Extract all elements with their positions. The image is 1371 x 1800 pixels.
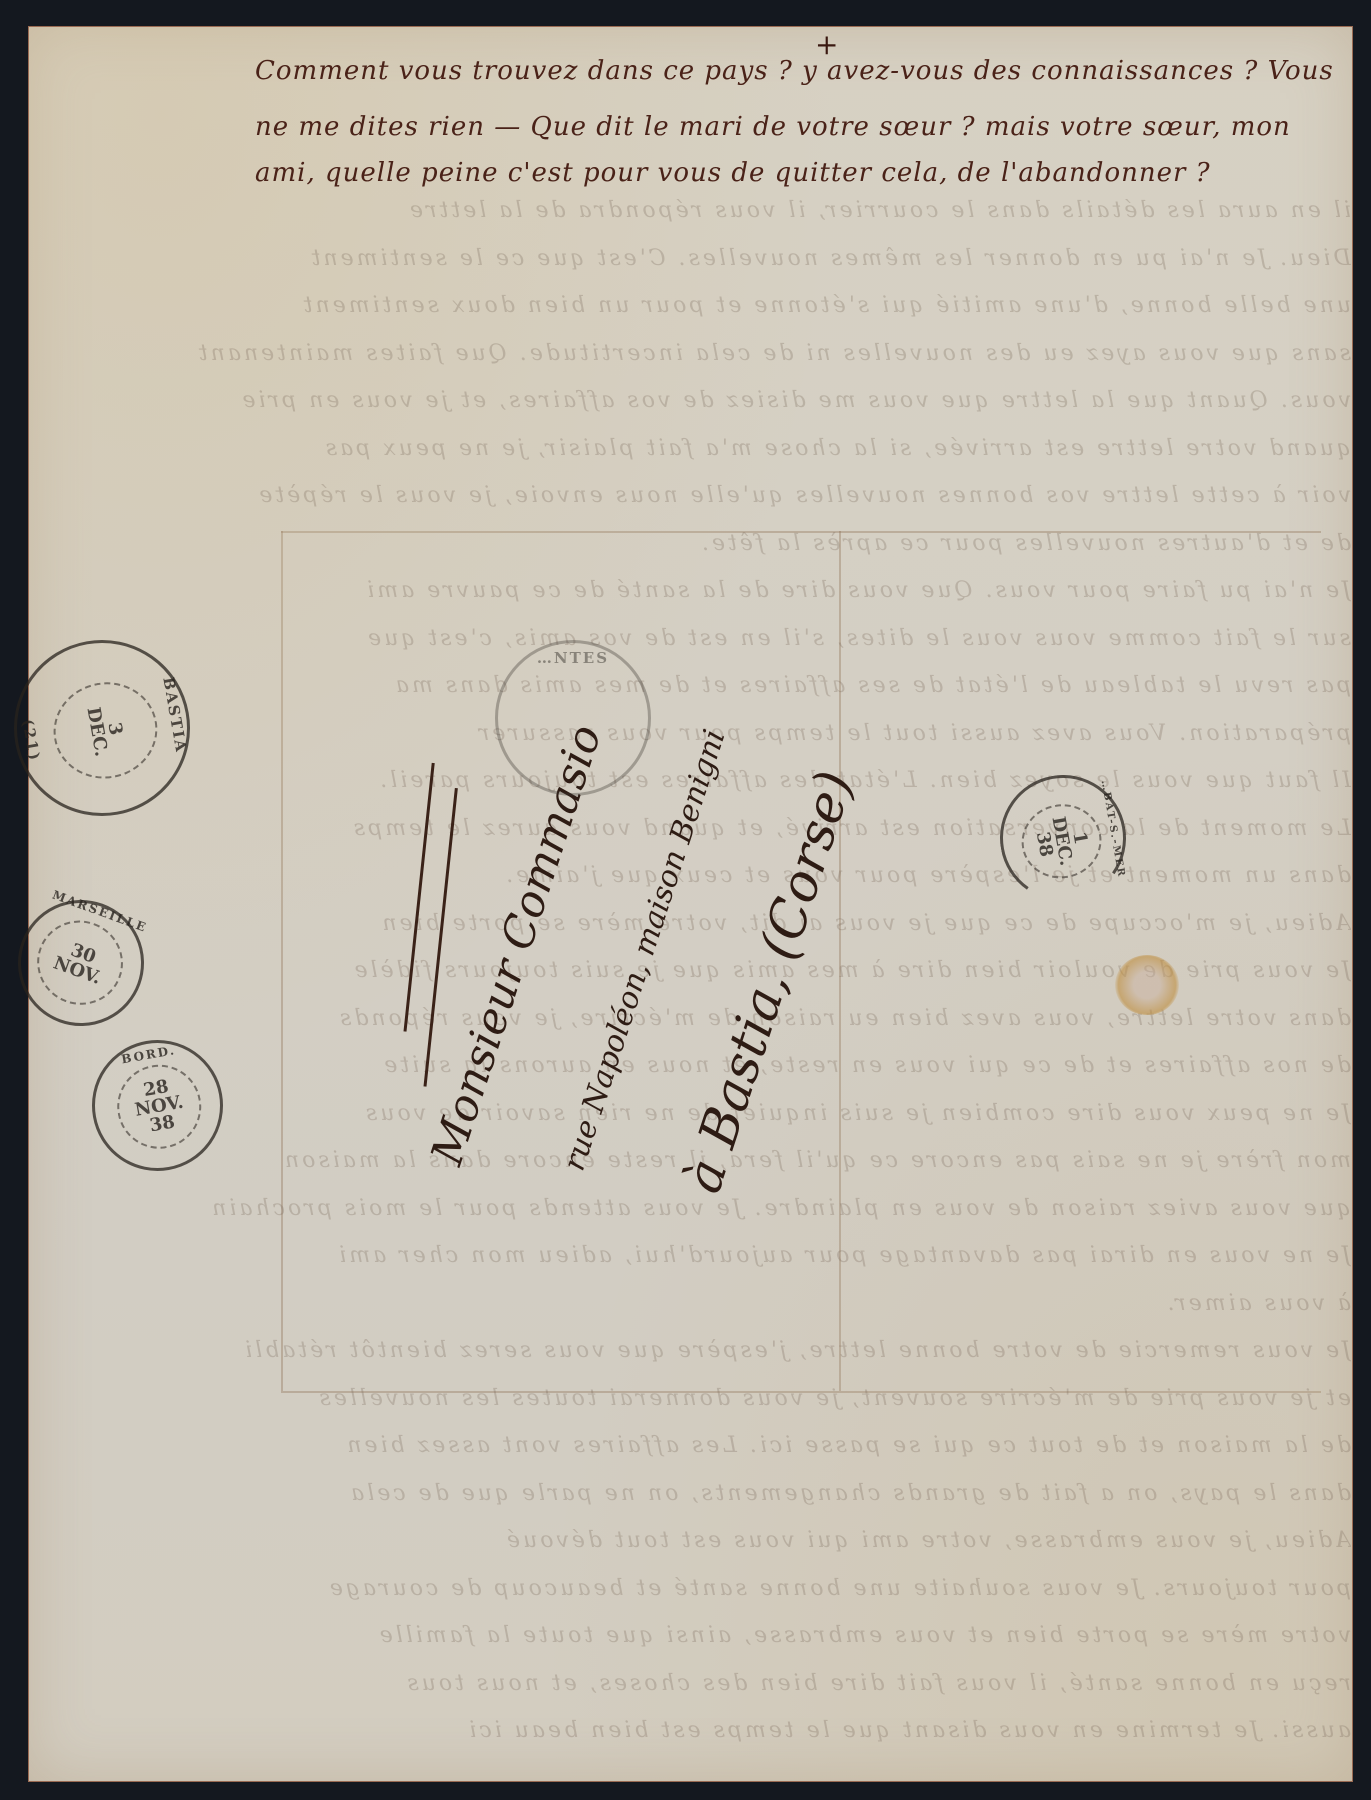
bleed-through-line: voir à cette lettre vos bonnes nouvelles…	[20, 483, 1351, 508]
bleed-through-line: pas revu le tableau de l'état de ses aff…	[20, 673, 1351, 698]
bleed-through-line: Dieu. Je n'ai pu en donner les mêmes nou…	[20, 246, 1351, 271]
bleed-through-line: sans que vous ayez eu des nouvelles ni d…	[20, 341, 1351, 366]
bleed-through-line: quand votre lettre est arrivée, si la ch…	[20, 436, 1351, 461]
letter-line-1: Comment vous trouvez dans ce pays ? y av…	[255, 56, 1334, 86]
bleed-through-line: de et d'autres nouvelles pour ce après l…	[20, 531, 1351, 556]
bleed-through-line: Je vous remercie de votre bonne lettre, …	[20, 1338, 1351, 1363]
bleed-through-line: pour toujours. Je vous souhaite une bonn…	[20, 1576, 1351, 1601]
bleed-through-line: de nos affaires et de ce qui vous en res…	[20, 1053, 1351, 1078]
bleed-through-line: il en aura les détails dans le courrier,…	[20, 198, 1351, 223]
letter-line-3: ami, quelle peine c'est pour vous de qui…	[255, 158, 1211, 188]
bleed-through-line: vous. Quant que la lettre que vous me di…	[20, 388, 1351, 413]
bleed-through-line: et je vous prie de m'écrire souvent, je …	[20, 1386, 1351, 1411]
bleed-through-line: Adieu, je vous embrasse, votre ami qui v…	[20, 1528, 1351, 1553]
bleed-through-line: sur le fait comme vous vous le dites, s'…	[20, 626, 1351, 651]
bleed-through-line: votre mère se porte bien et vous embrass…	[20, 1623, 1351, 1648]
bleed-through-line: à vous aimer.	[20, 1291, 1351, 1316]
postmark-nantes: …NTES	[495, 640, 651, 796]
bleed-through-line: dans le pays, on a fait de grands change…	[20, 1481, 1351, 1506]
bleed-through-line: que vous aviez raison de vous en plaindr…	[20, 1196, 1351, 1221]
bleed-through-line: aussi. Je termine en vous disant que le …	[20, 1718, 1351, 1743]
letter-sheet	[28, 26, 1353, 1782]
water-stain	[1115, 955, 1179, 1015]
bleed-through-line: Je n'ai pu faire pour vous. Que vous dir…	[20, 578, 1351, 603]
bleed-through-line: reçu en bonne santé, il vous fait dire b…	[20, 1671, 1351, 1696]
letter-line-2: ne me dites rien — Que dit le mari de vo…	[255, 112, 1291, 142]
bleed-through-line: de la maison et de tout ce qui se passe …	[20, 1433, 1351, 1458]
bleed-through-line: une belle bonne, d'une amitié qui s'éton…	[20, 293, 1351, 318]
bleed-through-line: préparation. Vous avez aussi tout le tem…	[20, 721, 1351, 746]
bleed-through-line: Adieu, je m'occupe de ce que je vous ai …	[20, 911, 1351, 936]
bleed-through-line: Je ne vous en dirai pas davantage pour a…	[20, 1243, 1351, 1268]
